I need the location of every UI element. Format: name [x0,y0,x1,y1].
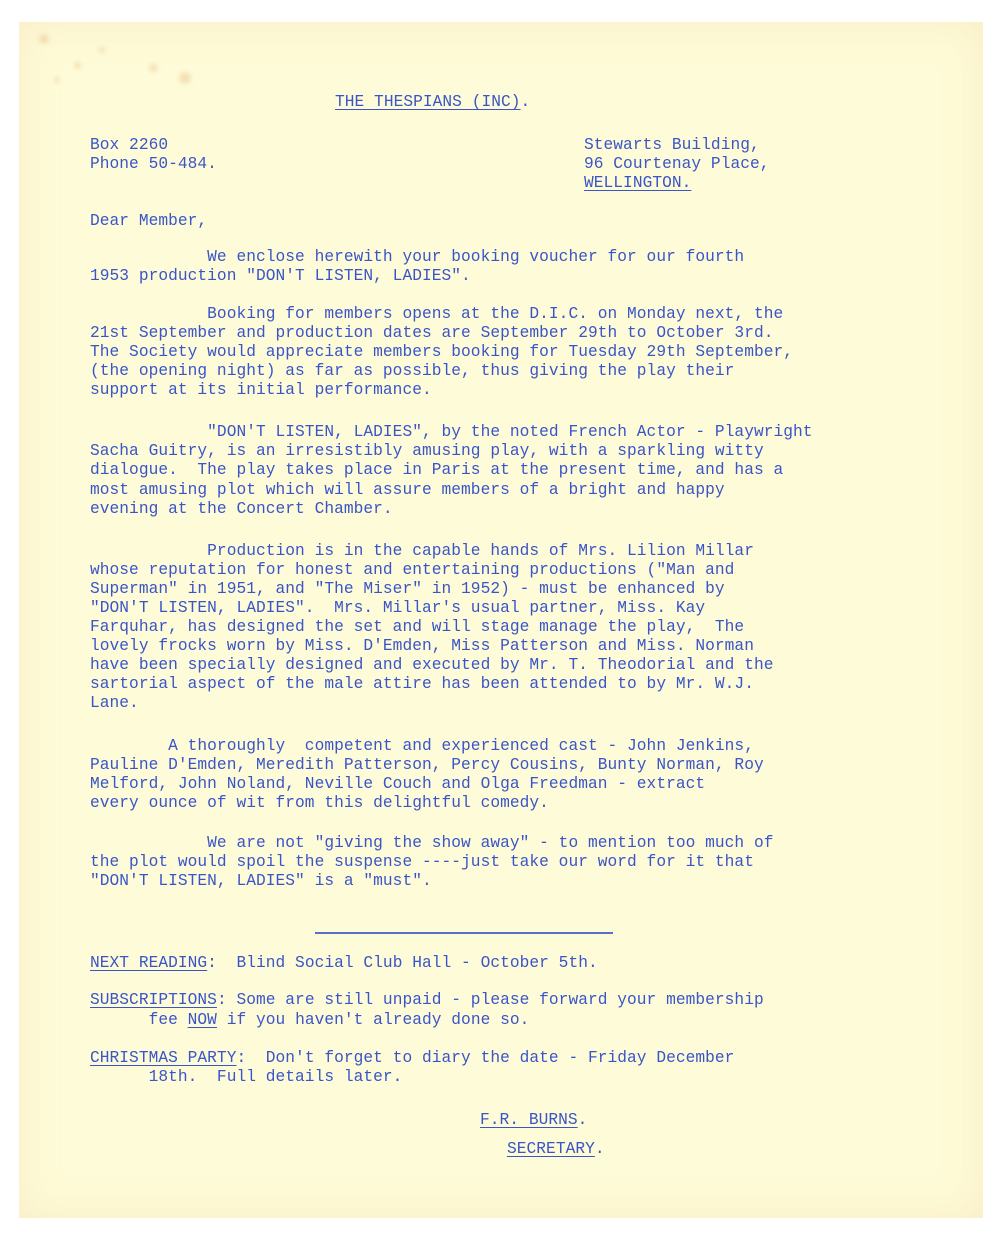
notice-label: CHRISTMAS PARTY [90,1049,236,1067]
paragraph-line: "DON'T LISTEN, LADIES" is a "must". [90,872,432,891]
address-city: WELLINGTON. [584,174,691,193]
paragraph-line: "DON'T LISTEN, LADIES", by the noted Fre… [90,423,813,442]
paragraph-line: A thoroughly competent and experienced c… [90,737,754,756]
paragraph-line: Pauline D'Emden, Meredith Patterson, Per… [90,756,764,775]
phone-number: Phone 50-484. [90,155,217,174]
emphasis-now: NOW [188,1011,217,1029]
address-line-2: 96 Courtenay Place, [584,155,770,174]
salutation: Dear Member, [90,212,207,231]
notice-label: SUBSCRIPTIONS [90,991,217,1009]
signature-name-suffix: . [578,1111,588,1129]
notice-text: fee [90,1011,188,1029]
box-number: Box 2260 [90,136,168,155]
signature-name: F.R. BURNS. [480,1111,587,1130]
signature-title-text: SECRETARY [507,1140,595,1158]
paragraph-line: Melford, John Noland, Neville Couch and … [90,775,705,794]
paragraph-line: the plot would spoil the suspense ----ju… [90,853,754,872]
paragraph-line: whose reputation for honest and entertai… [90,561,734,580]
organization-suffix: . [521,93,531,111]
paragraph-line: sartorial aspect of the male attire has … [90,675,754,694]
notice-text: : Don't forget to diary the date - Frida… [236,1049,734,1067]
paragraph-line: (the opening night) as far as possible, … [90,362,734,381]
paragraph-line: Superman" in 1951, and "The Miser" in 19… [90,580,725,599]
paragraph-line: The Society would appreciate members boo… [90,343,793,362]
paragraph-line: every ounce of wit from this delightful … [90,794,549,813]
notice-christmas-party-line-2: 18th. Full details later. [90,1068,402,1087]
signature-name-text: F.R. BURNS [480,1111,578,1129]
notice-text: : Blind Social Club Hall - October 5th. [207,954,598,972]
signature-title: SECRETARY. [507,1140,605,1159]
paragraph-line: Farquhar, has designed the set and will … [90,618,744,637]
paragraph-line: support at its initial performance. [90,381,432,400]
paragraph-line: have been specially designed and execute… [90,656,774,675]
paragraph-line: dialogue. The play takes place in Paris … [90,461,783,480]
paragraph-line: most amusing plot which will assure memb… [90,481,725,500]
paragraph-line: We are not "giving the show away" - to m… [90,834,774,853]
notice-label: NEXT READING [90,954,207,972]
notice-text: : Some are still unpaid - please forward… [217,991,764,1009]
organization-title: THE THESPIANS (INC). [335,93,530,112]
paragraph-line: lovely frocks worn by Miss. D'Emden, Mis… [90,637,754,656]
paragraph-line: Production is in the capable hands of Mr… [90,542,754,561]
notice-text: if you haven't already done so. [217,1011,529,1029]
signature-title-suffix: . [595,1140,605,1158]
organization-name: THE THESPIANS (INC) [335,93,521,111]
divider-rule [315,932,613,934]
notice-subscriptions-line-2: fee NOW if you haven't already done so. [90,1011,529,1030]
address-line-1: Stewarts Building, [584,136,760,155]
paragraph-line: Lane. [90,694,139,713]
notice-next-reading: NEXT READING: Blind Social Club Hall - O… [90,954,598,973]
paragraph-line: "DON'T LISTEN, LADIES". Mrs. Millar's us… [90,599,705,618]
paragraph-line: Sacha Guitry, is an irresistibly amusing… [90,442,764,461]
paragraph-line: We enclose herewith your booking voucher… [90,248,744,267]
notice-christmas-party: CHRISTMAS PARTY: Don't forget to diary t… [90,1049,734,1068]
paragraph-line: evening at the Concert Chamber. [90,500,393,519]
notice-subscriptions: SUBSCRIPTIONS: Some are still unpaid - p… [90,991,764,1010]
letter: THE THESPIANS (INC). Box 2260 Phone 50-4… [0,0,1000,1240]
paragraph-line: 21st September and production dates are … [90,324,774,343]
paragraph-line: Booking for members opens at the D.I.C. … [90,305,783,324]
paragraph-line: 1953 production "DON'T LISTEN, LADIES". [90,267,471,286]
